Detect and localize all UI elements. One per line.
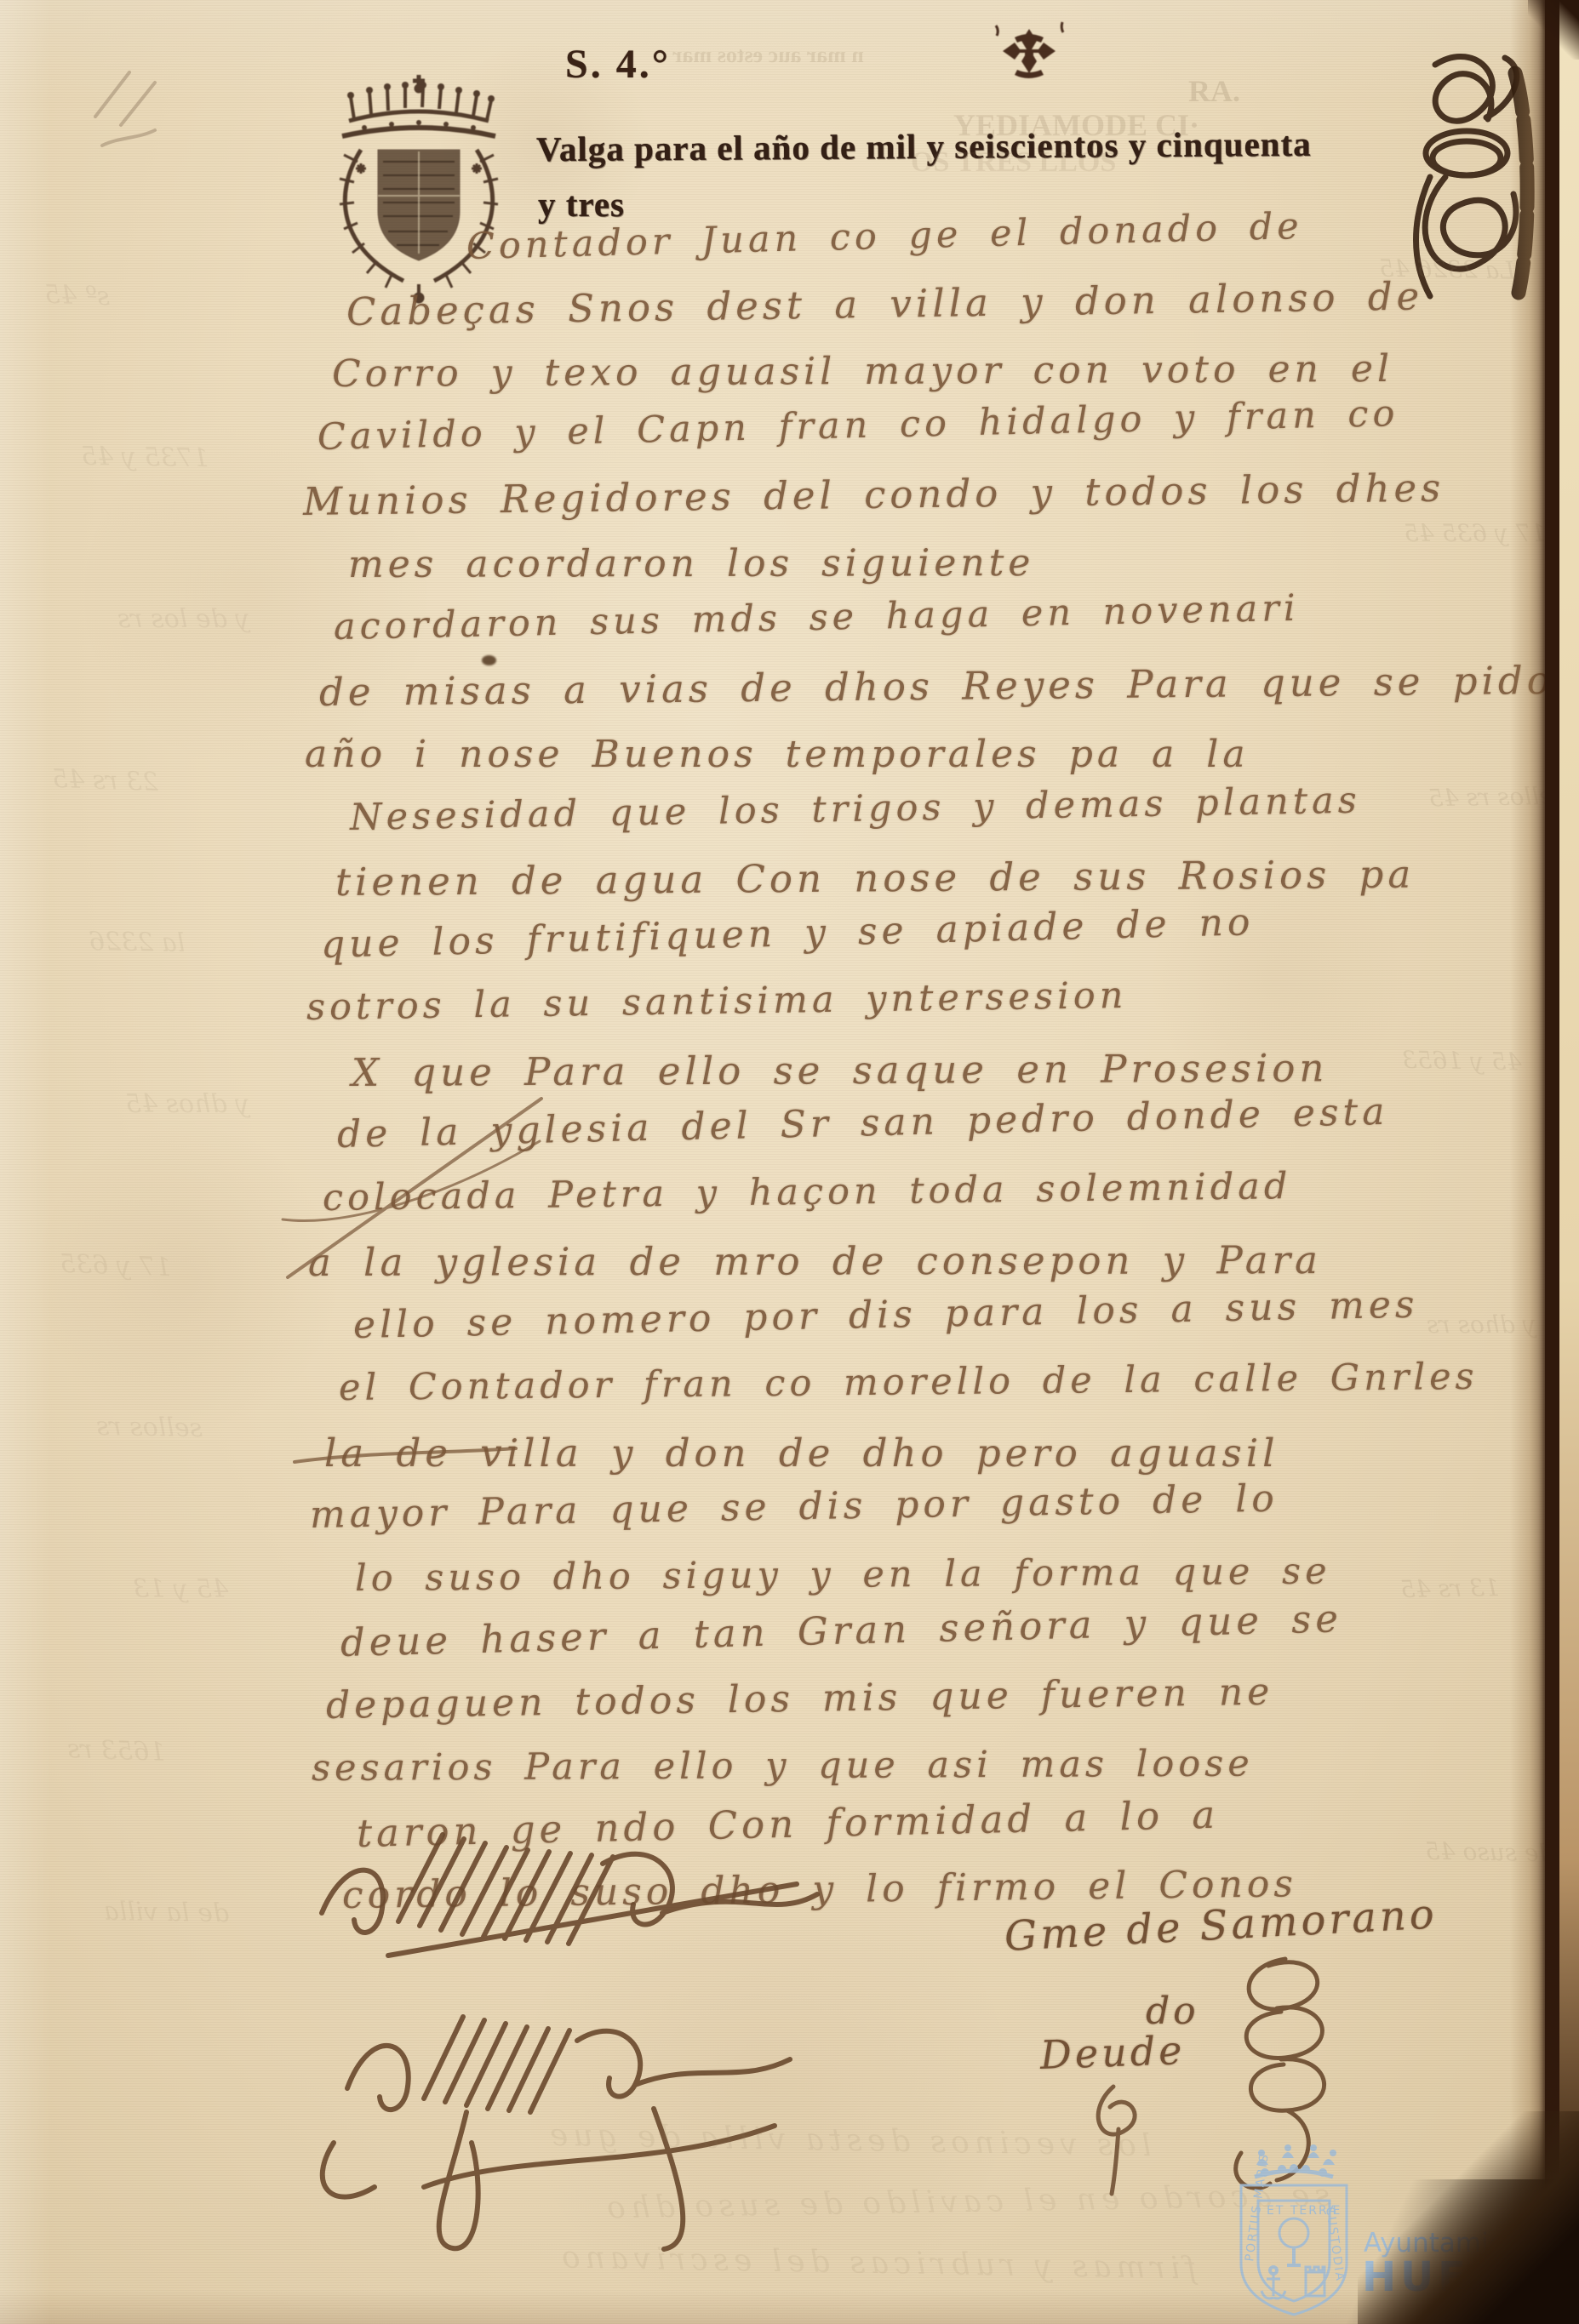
underlying-page-edge — [1559, 0, 1579, 2324]
stamp-series-label: S. 4.° — [565, 41, 671, 88]
manuscript-line: Corro y texo aguasil mayor con voto en e… — [332, 347, 1393, 396]
manuscript-line: sesarios Para ello y que asi mas loose — [312, 1743, 1254, 1790]
bleedthrough-left-line: sellos rs — [96, 1412, 203, 1443]
bleedthrough-left-line: 17 y 635 — [59, 1249, 172, 1283]
pen-stroke-diagonal — [281, 1085, 553, 1289]
bleedthrough-left-line: 1735 y 45 — [81, 442, 209, 474]
stamp-text-line2: y tres — [538, 184, 625, 225]
binding-edge — [1545, 0, 1559, 2324]
bleedthrough-top-line: n mar auc estos mar — [672, 43, 864, 68]
bleedthrough-left-line: de la villa — [104, 1897, 230, 1929]
bleedthrough-right-line: 45 y 1653 — [1402, 1046, 1522, 1076]
manuscript-line: mes acordaron los siguiente — [348, 541, 1035, 586]
bleedthrough-left-line: 1653 rs — [66, 1734, 166, 1767]
manuscript-line: que los frutifiquen y se apiade de no — [320, 900, 1255, 967]
signature-right-word: Deude — [1039, 2027, 1186, 2078]
manuscript-line: Nesesidad que los trigos y demas plantas — [350, 779, 1362, 838]
cross-ornament — [989, 19, 1069, 95]
bleedthrough-top-line: RA. — [1188, 73, 1240, 109]
manuscript-line: lo suso dho siguy y en la forma que se — [355, 1550, 1331, 1599]
manuscript-line: Cavildo y el Capn fran co hidalgo y fran… — [317, 392, 1399, 459]
bleedthrough-left-line: la 2326 — [89, 927, 186, 958]
page-fore-edge — [1510, 0, 1546, 2324]
manuscript-line: ello se nomero por dis para los a sus me… — [353, 1282, 1419, 1346]
manuscript-line: deue haser a tan Gran señora y que se — [340, 1596, 1342, 1665]
bleedthrough-left-line: y de los rs — [117, 604, 249, 634]
manuscript-line: depaguen todos los mis que fueren ne — [326, 1670, 1274, 1727]
pen-stroke-horizontal — [291, 1443, 521, 1469]
bleedthrough-right-line: 13 rs 45 — [1400, 1573, 1500, 1603]
ink-blot — [482, 655, 496, 665]
manuscript-line: el Contador fran co morello de la calle … — [339, 1356, 1479, 1409]
bleedthrough-left-line: y dhos 45 — [125, 1089, 249, 1119]
bleedthrough-left-line: sº 45 — [43, 280, 110, 312]
manuscript-line: acordaron sus mds se haga en novenari — [334, 587, 1301, 648]
manuscript-line: Munios Regidores del condo y todos los d… — [303, 465, 1445, 524]
manuscript-line: de misas a vias de dhos Reyes Para que s… — [319, 657, 1554, 714]
manuscript-line: año i nose Buenos temporales pa a la — [305, 733, 1250, 776]
bleedthrough-left-line: 45 y 13 — [133, 1574, 228, 1604]
signature-flourish-left — [296, 1785, 841, 2262]
signature-tail-flourish — [1074, 2076, 1168, 2204]
corner-shadow-top-right — [1528, 0, 1579, 60]
manuscript-line: mayor Para que se dis por gasto de lo — [310, 1477, 1279, 1537]
pencil-mark — [85, 64, 187, 157]
bleedthrough-left-line: 23 rs 45 — [51, 764, 158, 797]
manuscript-line: tienen de agua Con nose de sus Rosios pa — [335, 852, 1416, 905]
corner-shadow-bottom-right — [1358, 2111, 1579, 2324]
manuscript-page: S. 4.° Valga para el año de mil y seisci… — [0, 0, 1579, 2324]
stamp-text-line1: Valga para el año de mil y seiscientos y… — [536, 123, 1312, 169]
manuscript-line: sotros la su santisima yntersesion — [306, 974, 1128, 1029]
